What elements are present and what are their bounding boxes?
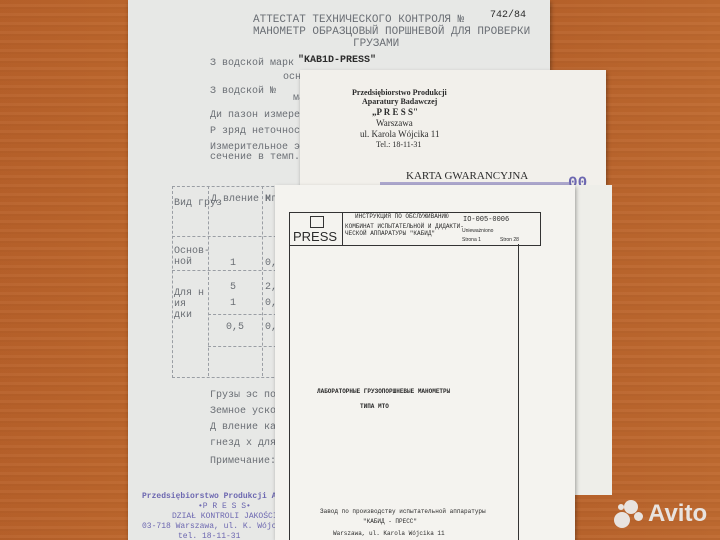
make-label: З водской марк (210, 58, 294, 69)
certificate-subtitle-2: ГРУЗАМИ (353, 38, 399, 50)
avito-logo-icon (614, 500, 644, 528)
manual-title: ЛАБОРАТОРНЫЕ ГРУЗОПОРШНЕВЫЕ МАНОМЕТРЫ (317, 388, 450, 395)
doc-code: IO-005-0006 (463, 216, 509, 224)
manual-type: ТИПА МТО (360, 403, 389, 410)
pages-label: Stron 28 (500, 237, 519, 243)
header-top: ИНСТРУКЦИЯ ПО ОБСЛУЖИВАНИЮ (355, 213, 449, 220)
company-name-2: Aparatury Badawczej (362, 97, 437, 106)
header-org-2: ЧЕСКОЙ АППАРАТУРЫ "КАБИД" (345, 230, 435, 237)
doc-status: Unieważniono (462, 228, 493, 234)
certificate-title: АТТЕСТАТ ТЕХНИЧЕСКОГО КОНТРОЛЯ № (253, 14, 464, 26)
stamp-line: DZIAŁ KONTROLI JAKOŚCI (172, 512, 278, 521)
page-label: Strona 1 (462, 237, 481, 243)
class-label: Р зряд неточности (210, 126, 312, 137)
avito-watermark: Avito (614, 500, 707, 528)
certificate-number: 742/84 (490, 10, 526, 21)
manual-footer: Завод по производству испытательной аппа… (320, 508, 486, 515)
header-org: КОМБИНАТ ИСПЫТАТЕЛЬНОЙ И ДИДАКТИ- (345, 223, 464, 230)
logo-icon (310, 216, 324, 228)
note-line: Грузы эс пон (210, 390, 282, 401)
warranty-title: KARTA GWARANCYJNA (406, 170, 528, 182)
company-phone: Tel.: 18-11-31 (376, 140, 421, 149)
serial-label: З водской № (210, 86, 276, 97)
table-cell: 5 (230, 282, 236, 293)
table-cell: 1 (230, 258, 236, 269)
company-name: Przedsiębiorstwo Produkcji (352, 88, 447, 97)
stamp-line: •P R E S S• (198, 502, 251, 511)
company-brand: „P R E S S" (372, 107, 418, 117)
company-street: ul. Karola Wójcika 11 (360, 129, 439, 139)
table-cell: 0,5 (226, 322, 244, 333)
manual-footer-2: "КАБИД - ПРЕСС" (363, 518, 417, 525)
avito-text: Avito (648, 500, 707, 528)
certificate-subtitle: МАНОМЕТР ОБРАЗЦОВЫЙ ПОРШНЕВОЙ ДЛЯ ПРОВЕР… (253, 26, 530, 38)
table-cell: Основ-ной (174, 246, 206, 268)
make-value: "KAB1D-PRESS" (298, 55, 376, 66)
logo-box: PRESS (289, 212, 343, 246)
table-cell: Для н ия дки (174, 288, 206, 321)
warranty-card: Przedsiębiorstwo Produkcji Aparatury Bad… (300, 70, 606, 200)
logo-text: PRESS (293, 229, 337, 244)
table-cell: 1 (230, 298, 236, 309)
stamp-line: tel. 18-11-31 (178, 532, 240, 540)
instruction-manual: PRESS ИНСТРУКЦИЯ ПО ОБСЛУЖИВАНИЮ КОМБИНА… (275, 185, 575, 540)
manual-footer-3: Warszawa, ul. Karola Wójcika 11 (333, 530, 445, 537)
company-city: Warszawa (376, 118, 413, 128)
